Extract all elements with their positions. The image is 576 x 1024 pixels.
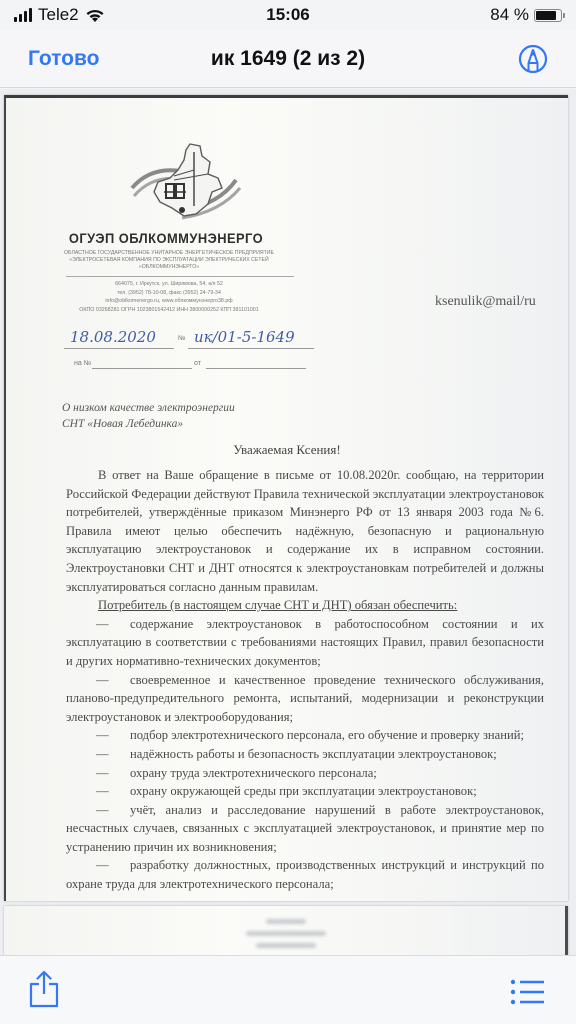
obligation-item: —разработку должностных, производственны… [66, 856, 544, 893]
obligation-text: своевременное и качественное проведение … [66, 673, 544, 724]
obligation-text: содержание электроустановок в работоспос… [66, 617, 544, 668]
navigation-bar: Готово ик 1649 (2 из 2) [0, 30, 576, 88]
handwritten-date: 18.08.2020 [70, 328, 156, 346]
dash: — [96, 726, 130, 745]
bottom-toolbar [0, 955, 576, 1024]
full-name-line: «ОБЛКОММУНЭНЕРГО» [62, 264, 276, 271]
document-viewer[interactable]: ОГУЭП ОБЛКОММУНЭНЕРГО ОБЛАСТНОЕ ГОСУДАРС… [0, 89, 576, 955]
reply-to-line: на № от [74, 358, 314, 372]
done-button[interactable]: Готово [28, 47, 99, 71]
company-address: 664075, г. Иркутск, ул. Ширямова, 54, а/… [62, 280, 276, 289]
obligation-item: —охрану окружающей среды при эксплуатаци… [66, 782, 544, 801]
markup-pen-icon[interactable] [518, 44, 548, 74]
full-name-line: «ЭЛЕКТРОСЕТЕВАЯ КОМПАНИЯ ПО ЭКСПЛУАТАЦИИ… [62, 257, 276, 264]
letter-subject: О низком качестве электроэнергии СНТ «Но… [62, 400, 235, 432]
subject-line: О низком качестве электроэнергии [62, 400, 235, 416]
company-codes: ОКПО 03268281 ОГРН 1023801542412 ИНН 380… [62, 306, 276, 315]
obligation-item: —подбор электротехнического персонала, е… [66, 726, 544, 745]
next-document-page[interactable] [4, 906, 568, 955]
dash: — [96, 782, 130, 801]
header-divider [66, 276, 294, 277]
obligation-text: охрану окружающей среды при эксплуатации… [130, 784, 477, 798]
battery-percent: 84 % [490, 5, 529, 25]
handwritten-number: ик/01-5-1649 [194, 328, 295, 346]
number-label: № [178, 335, 186, 342]
obligation-text: охрану труда электротехнического персона… [130, 766, 377, 780]
reply-number-label: на № [74, 360, 91, 367]
obligation-item: —надёжность работы и безопасность эксплу… [66, 745, 544, 764]
document-page: ОГУЭП ОБЛКОММУНЭНЕРГО ОБЛАСТНОЕ ГОСУДАРС… [4, 95, 568, 901]
obligations-heading: Потребитель (в настоящем случае СНТ и ДН… [98, 598, 457, 612]
status-bar: Tele2 15:06 84 % [0, 0, 576, 30]
carrier-name: Tele2 [38, 5, 79, 25]
recipient-email: ksenulik@mail/ru [435, 294, 536, 310]
dash: — [96, 801, 130, 820]
full-name-line: ОБЛАСТНОЕ ГОСУДАРСТВЕННОЕ УНИТАРНОЕ ЭНЕР… [62, 250, 276, 257]
obligation-text: разработку должностных, производственных… [66, 858, 544, 891]
obligation-item: —содержание электроустановок в работоспо… [66, 615, 544, 671]
obligation-text: надёжность работы и безопасность эксплуа… [130, 747, 497, 761]
dash: — [96, 764, 130, 783]
company-web: info@oblkomenergo.ru, www.облкоммунэнерг… [62, 297, 276, 306]
obligation-item: —учёт, анализ и расследование нарушений … [66, 801, 544, 857]
battery-icon [534, 9, 562, 22]
dash: — [96, 745, 130, 764]
subject-line: СНТ «Новая Лебединка» [62, 416, 235, 432]
share-icon[interactable] [28, 970, 60, 1008]
status-left: Tele2 [14, 5, 490, 25]
intro-paragraph: В ответ на Ваше обращение в письме от 10… [66, 466, 544, 596]
letter: ОГУЭП ОБЛКОММУНЭНЕРГО ОБЛАСТНОЕ ГОСУДАРС… [6, 98, 568, 901]
status-right: 84 % [490, 5, 562, 25]
dash: — [96, 856, 130, 875]
company-full-name: ОБЛАСТНОЕ ГОСУДАРСТВЕННОЕ УНИТАРНОЕ ЭНЕР… [62, 250, 276, 271]
list-icon[interactable] [510, 978, 546, 1006]
obligation-item: —своевременное и качественное проведение… [66, 671, 544, 727]
company-phone: тел. (3952) 78-10-08, факс (3952) 24-79-… [62, 289, 276, 298]
letter-body: В ответ на Ваше обращение в письме от 10… [66, 466, 544, 894]
company-contacts: 664075, г. Иркутск, ул. Ширямова, 54, а/… [62, 280, 276, 314]
reply-date-label: от [194, 360, 201, 367]
company-logo-icon [124, 140, 244, 222]
dash: — [96, 671, 130, 690]
obligation-text: подбор электротехнического персонала, ег… [130, 728, 524, 742]
obligation-text: учёт, анализ и расследование нарушений в… [66, 803, 544, 854]
outgoing-registration: 18.08.2020 № ик/01-5-1649 [64, 330, 314, 352]
page-preview-blur [244, 912, 328, 955]
obligation-item: —охрану труда электротехнического персон… [66, 764, 544, 783]
cellular-signal-icon [14, 8, 32, 22]
wifi-icon [85, 8, 105, 23]
dash: — [96, 615, 130, 634]
greeting: Уважаемая Ксения! [6, 442, 568, 458]
company-brand: ОГУЭП ОБЛКОММУНЭНЕРГО [65, 230, 267, 246]
